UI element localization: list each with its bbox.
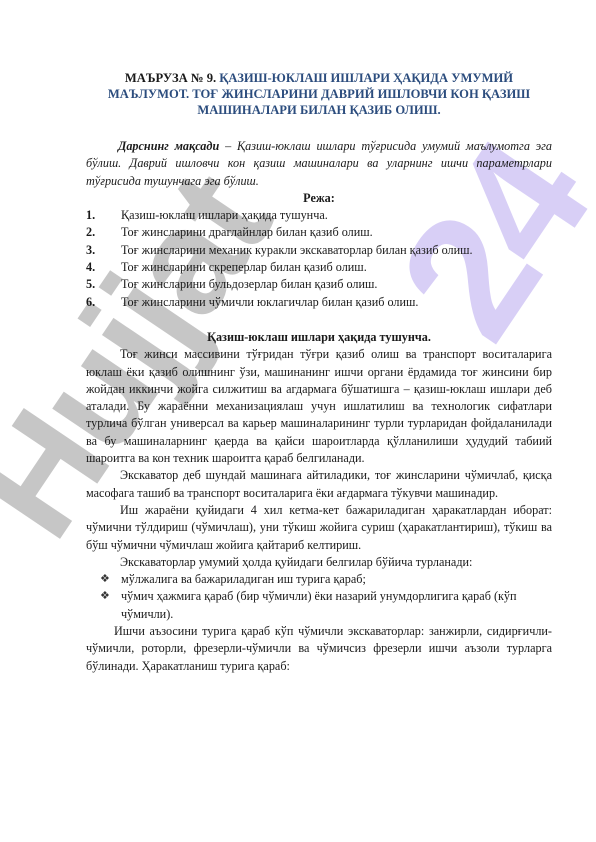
plan-item: 6.Тоғ жинсларини чўмичли юклагичлар била…: [86, 294, 552, 311]
plan-item-text: Тоғ жинсларини механик куракли экскавато…: [121, 242, 473, 259]
plan-item: 4.Тоғ жинсларини скреперлар билан қазиб …: [86, 259, 552, 276]
plan-item: 2.Тоғ жинсларини драглайнлар билан қазиб…: [86, 224, 552, 241]
plan-item-text: Тоғ жинсларини драглайнлар билан қазиб о…: [121, 224, 373, 241]
section-heading: Қазиш-юклаш ишлари ҳақида тушунча.: [86, 329, 552, 346]
lesson-aim: Дарснинг мақсади – Қазиш-юклаш ишлари тў…: [86, 138, 552, 190]
bullet-item: ❖мўлжалига ва бажариладиган иш турига қа…: [100, 571, 552, 588]
plan-item-number: 3.: [86, 242, 121, 259]
plan-item-text: Қазиш-юклаш ишлари ҳақида тушунча.: [121, 207, 328, 224]
plan-item-number: 4.: [86, 259, 121, 276]
paragraph: Экскаваторлар умумий ҳолда қуйидаги белг…: [86, 554, 552, 571]
document-content: МАЪРУЗА № 9. ҚАЗИШ-ЮКЛАШ ИШЛАРИ ҲАҚИДА У…: [86, 70, 552, 675]
bullet-text: чўмич ҳажмига қараб (бир чўмичли) ёки на…: [121, 588, 552, 623]
plan-item-text: Тоғ жинсларини чўмичли юклагичлар билан …: [121, 294, 418, 311]
paragraph: Тоғ жинси массивини тўғридан тўғри қазиб…: [86, 346, 552, 467]
document-page: Hujjat 24 МАЪРУЗА № 9. ҚАЗИШ-ЮКЛАШ ИШЛАР…: [0, 0, 596, 842]
bullet-item: ❖чўмич ҳажмига қараб (бир чўмичли) ёки н…: [100, 588, 552, 623]
plan-item: 5.Тоғ жинсларини бульдозерлар билан қази…: [86, 276, 552, 293]
plan-item-number: 2.: [86, 224, 121, 241]
diamond-bullet-icon: ❖: [100, 588, 121, 623]
paragraph: Иш жараёни қуйидаги 4 хил кетма-кет бажа…: [86, 502, 552, 554]
bullet-text: мўлжалига ва бажариладиган иш турига қар…: [121, 571, 366, 588]
lecture-title: МАЪРУЗА № 9. ҚАЗИШ-ЮКЛАШ ИШЛАРИ ҲАҚИДА У…: [86, 70, 552, 118]
plan-item: 3.Тоғ жинсларини механик куракли экскава…: [86, 242, 552, 259]
plan-item-number: 5.: [86, 276, 121, 293]
lesson-aim-label: Дарснинг мақсади: [118, 139, 219, 153]
plan-item-number: 6.: [86, 294, 121, 311]
classification-list: ❖мўлжалига ва бажариладиган иш турига қа…: [86, 571, 552, 623]
plan-heading: Режа:: [86, 190, 552, 207]
lecture-number: МАЪРУЗА № 9.: [125, 71, 216, 85]
paragraph: Экскаватор деб шундай машинага айтиладик…: [86, 467, 552, 502]
plan-item: 1.Қазиш-юклаш ишлари ҳақида тушунча.: [86, 207, 552, 224]
paragraph: Ишчи аъзосини турига қараб кўп чўмичли э…: [86, 623, 552, 675]
diamond-bullet-icon: ❖: [100, 571, 121, 588]
plan-list: 1.Қазиш-юклаш ишлари ҳақида тушунча. 2.Т…: [86, 207, 552, 311]
plan-item-number: 1.: [86, 207, 121, 224]
plan-item-text: Тоғ жинсларини бульдозерлар билан қазиб …: [121, 276, 377, 293]
plan-item-text: Тоғ жинсларини скреперлар билан қазиб ол…: [121, 259, 367, 276]
